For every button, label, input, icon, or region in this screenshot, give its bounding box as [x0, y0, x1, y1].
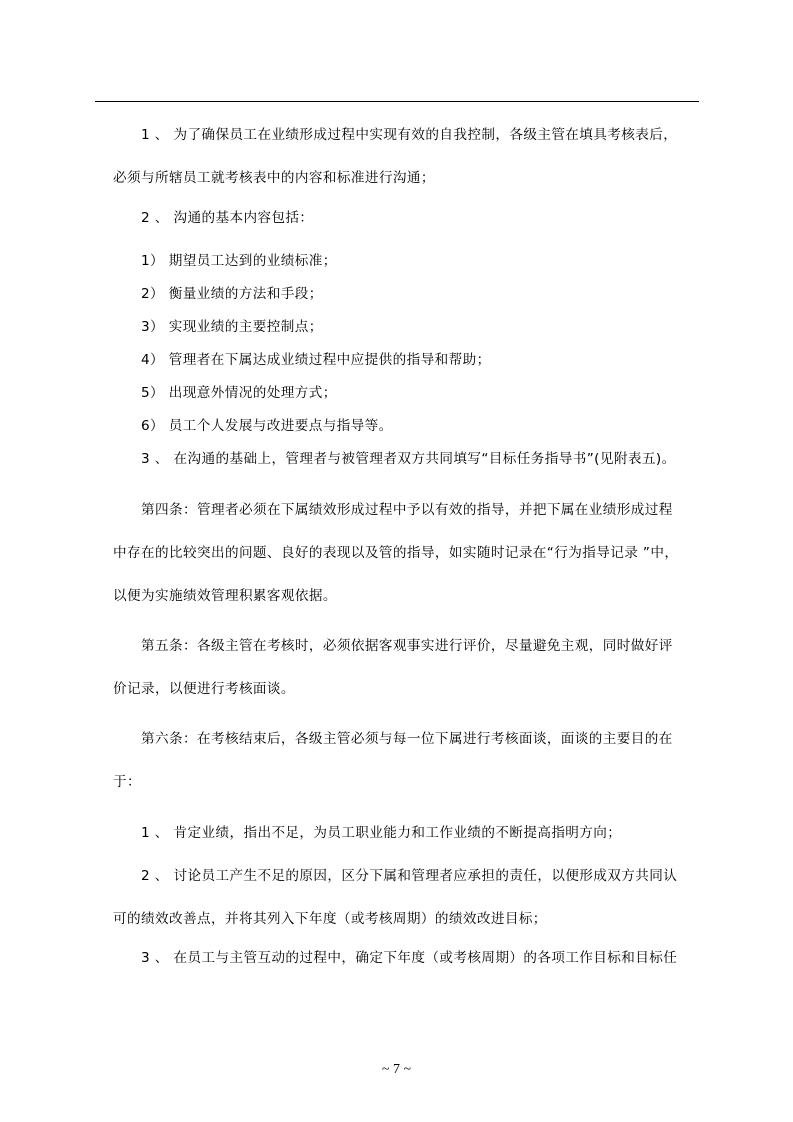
article-heading-line: 第五条：各级主管在考核时，必须依据客观事实进行评价，尽量避免主观，同时做好评 [141, 637, 673, 655]
paragraph-line: 1 、 肯定业绩，指出不足，为员工职业能力和工作业绩的不断提高指明方向； [141, 824, 621, 842]
paragraph-line: 3 、 在员工与主管互动的过程中，确定下年度（或考核周期）的各项工作目标和目标任 [141, 949, 677, 967]
paragraph-line: 2 、 讨论员工产生不足的原因，区分下属和管理者应承担的责任，以便形成双方共同认 [141, 867, 677, 885]
header-rule [95, 101, 699, 102]
paragraph-line: 必须与所辖员工就考核表中的内容和标准进行沟通； [113, 169, 435, 187]
paragraph-line: 中存在的比较突出的问题、良好的表现以及管的指导，如实随时记录在“行为指导记录 ”… [113, 544, 678, 562]
list-item: 4） 管理者在下属达成业绩过程中应提供的指导和帮助； [141, 351, 491, 369]
article-heading-line: 第六条：在考核结束后，各级主管必须与每一位下属进行考核面谈，面谈的主要目的在 [141, 730, 673, 748]
list-item: 1） 期望员工达到的业绩标准； [141, 252, 337, 270]
list-item: 5） 出现意外情况的处理方式； [141, 384, 337, 402]
paragraph-line: 1 、 为了确保员工在业绩形成过程中实现有效的自我控制，各级主管在填具考核表后， [141, 126, 677, 144]
article-heading-line: 第四条：管理者必须在下属绩效形成过程中予以有效的指导，并把下属在业绩形成过程 [141, 501, 673, 519]
paragraph-line: 以便为实施绩效管理积累客观依据。 [113, 587, 337, 605]
list-item: 6） 员工个人发展与改进要点与指导等。 [141, 417, 393, 435]
page-number: ~ 7 ~ [0, 1062, 793, 1078]
paragraph-line: 于： [113, 773, 141, 791]
paragraph-line: 3 、 在沟通的基础上，管理者与被管理者双方共同填写“目标任务指导书”(见附表五… [141, 450, 676, 468]
list-item: 2） 衡量业绩的方法和手段； [141, 285, 323, 303]
list-item: 3） 实现业绩的主要控制点； [141, 318, 323, 336]
paragraph-line: 价记录，以便进行考核面谈。 [113, 680, 295, 698]
paragraph-line: 2 、 沟通的基本内容包括： [141, 209, 313, 227]
paragraph-line: 可的绩效改善点，并将其列入下年度（或考核周期）的绩效改进目标； [113, 910, 547, 928]
